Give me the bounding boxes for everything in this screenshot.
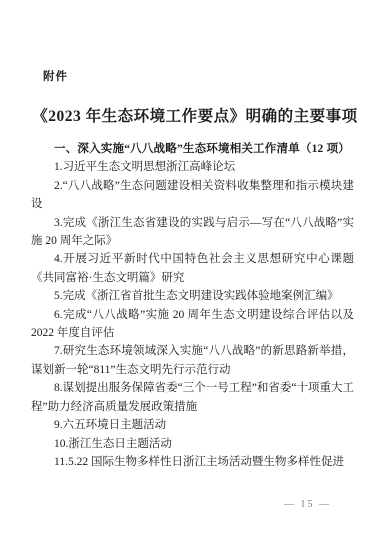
list-item: 7.研究生态环境领域深入实施“八八战略”的新思路新举措，谋划新一轮“811”生态… <box>31 342 354 379</box>
section-heading: 一、深入实施“八八战略”生态环境相关工作清单（12 项） <box>31 140 354 158</box>
page-number: — 15 — <box>284 499 331 510</box>
list-item: 2.“八八战略”生态问题建设相关资料收集整理和指示模块建设 <box>31 177 354 214</box>
list-item: 6.完成“八八战略”实施 20 周年生态文明建设综合评估以及 2022 年度自评… <box>31 306 354 343</box>
attachment-label: 附件 <box>43 68 68 84</box>
list-item: 10.浙江生态日主题活动 <box>31 435 354 453</box>
list-item: 3.完成《浙江生态省建设的实践与启示—写在“八八战略”实施 20 周年之际》 <box>31 214 354 251</box>
list-item: 5.完成《浙江省首批生态文明建设实践体验地案例汇编》 <box>31 287 354 305</box>
list-item: 1.习近平生态文明思想浙江高峰论坛 <box>31 158 354 176</box>
list-item: 9.六五环境日主题活动 <box>31 416 354 434</box>
list-item: 4.开展习近平新时代中国特色社会主义思想研究中心课题《共同富裕·生态文明篇》研究 <box>31 250 354 287</box>
list-item: 8.谋划提出服务保障省委“三个一号工程”和省委“十项重大工程”助力经济高质量发展… <box>31 379 354 416</box>
document-page: 附件 《2023 年生态环境工作要点》明确的主要事项 一、深入实施“八八战略”生… <box>0 0 390 551</box>
list-item: 11.5.22 国际生物多样性日浙江主场活动暨生物多样性促进 <box>31 453 354 471</box>
document-title: 《2023 年生态环境工作要点》明确的主要事项 <box>0 104 390 126</box>
document-body: 一、深入实施“八八战略”生态环境相关工作清单（12 项） 1.习近平生态文明思想… <box>31 140 354 471</box>
